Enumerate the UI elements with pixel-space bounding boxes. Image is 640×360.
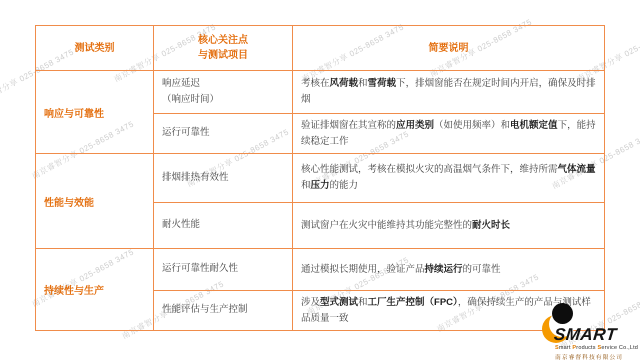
item-smoke-heat-exhaust: 排烟排热有效性 (154, 154, 293, 203)
group-performance-efficiency: 性能与效能 (36, 154, 154, 249)
smart-logo: SMART Smart Products Service Co.,Ltd 南京睿… (540, 296, 640, 360)
desc-response-delay: 考核在风荷载和雪荷载下，排烟窗能否在规定时间内开启，确保及时排烟 (293, 71, 605, 114)
group-response-reliability: 响应与可靠性 (36, 71, 154, 154)
table-row: 持续性与生产 运行可靠性耐久性 通过模拟长期使用，验证产品持续运行的可靠性 (36, 249, 605, 291)
item-reliability-durability: 运行可靠性耐久性 (154, 249, 293, 291)
test-overview-table: 测试类别 核心关注点 与测试项目 简要说明 响应与可靠性 响应延迟 （响应时间）… (35, 25, 605, 331)
item-response-delay: 响应延迟 （响应时间） (154, 71, 293, 114)
table-header-row: 测试类别 核心关注点 与测试项目 简要说明 (36, 26, 605, 71)
header-test-category: 测试类别 (36, 26, 154, 71)
item-operational-reliability: 运行可靠性 (154, 114, 293, 154)
logo-subtitle-cn: 南京睿督科技有限公司 (555, 352, 640, 360)
desc-operational-reliability: 验证排烟窗在其宣称的应用类别（如使用频率）和电机额定值下，能持续稳定工作 (293, 114, 605, 154)
table-row: 性能与效能 排烟排热有效性 核心性能测试，考核在模拟火灾的高温烟气条件下，维持所… (36, 154, 605, 203)
logo-wordmark: SMART (553, 325, 640, 345)
logo-subtitle-en: Smart Products Service Co.,Ltd (555, 345, 640, 351)
desc-reliability-durability: 通过模拟长期使用，验证产品持续运行的可靠性 (293, 249, 605, 291)
logo-ball-icon (552, 303, 573, 324)
table-row: 响应与可靠性 响应延迟 （响应时间） 考核在风荷载和雪荷载下，排烟窗能否在规定时… (36, 71, 605, 114)
header-core-focus: 核心关注点 与测试项目 (154, 26, 293, 71)
desc-smoke-heat-exhaust: 核心性能测试，考核在模拟火灾的高温烟气条件下，维持所需气体流量和压力的能力 (293, 154, 605, 203)
group-sustainability-production: 持续性与生产 (36, 249, 154, 331)
item-performance-production-control: 性能评估与生产控制 (154, 291, 293, 331)
header-brief-description: 简要说明 (293, 26, 605, 71)
item-fire-resistance: 耐火性能 (154, 203, 293, 249)
desc-fire-resistance: 测试窗户在火灾中能维持其功能完整性的耐火时长 (293, 203, 605, 249)
